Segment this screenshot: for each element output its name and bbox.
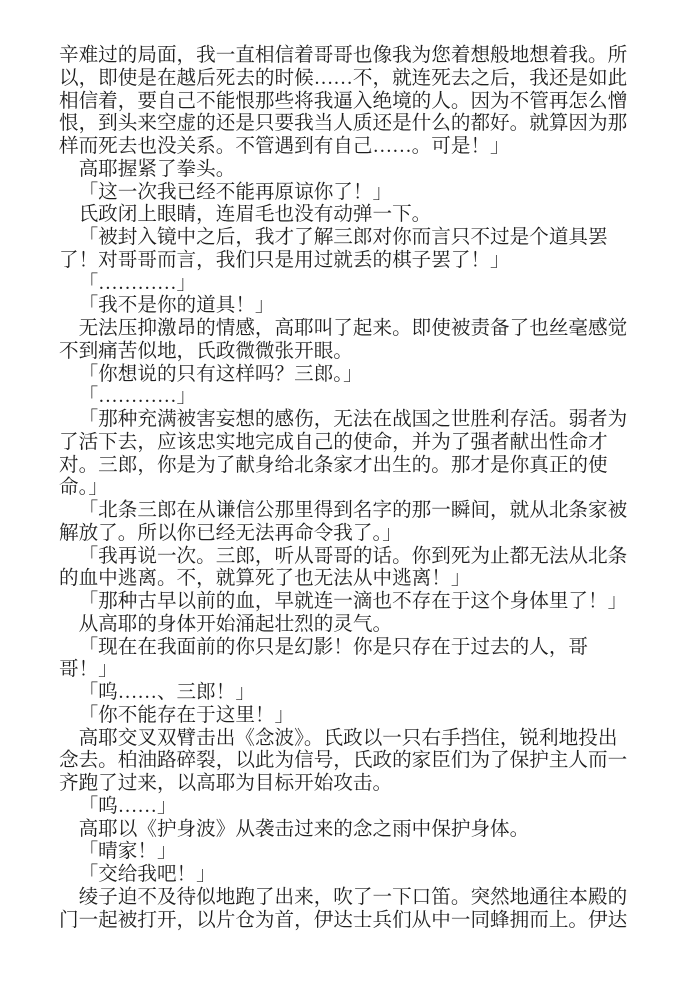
paragraph-5: 「被封入镜中之后，我才了解三郎对你而言只不过是个道具罢 了！对哥哥而言，我们只是… [59, 227, 641, 273]
paragraph-12: 「北条三郎在从谦信公那里得到名字的那一瞬间，就从北条家被 解放了。所以你已经无法… [59, 500, 641, 546]
text-block: 辛难过的局面，我一直相信着哥哥也像我为您着想般地想着我。所 以，即使是在越后死去… [59, 45, 641, 932]
paragraph-3: 「这一次我已经不能再原谅你了！」 [59, 182, 641, 205]
paragraph-16: 「现在在我面前的你只是幻影！你是只存在于过去的人，哥 哥！」 [59, 637, 641, 683]
paragraph-8: 无法压抑激昂的情感，高耶叫了起来。即使被责备了也丝毫感觉 不到痛苦似地，氏政微微… [59, 318, 641, 364]
paragraph-10: 「…………」 [59, 386, 641, 409]
paragraph-23: 「交给我吧！」 [59, 864, 641, 887]
paragraph-24: 绫子迫不及待似地跑了出来，吹了一下口笛。突然地通往本殿的 门一起被打开，以片仓为… [59, 887, 641, 933]
paragraph-18: 「你不能存在于这里！」 [59, 705, 641, 728]
paragraph-19: 高耶交叉双臂击出《念波》。氏政以一只右手挡住，锐利地投出 念去。柏油路碎裂，以此… [59, 728, 641, 796]
paragraph-4: 氏政闭上眼睛，连眉毛也没有动弹一下。 [59, 204, 641, 227]
novel-page: 辛难过的局面，我一直相信着哥哥也像我为您着想般地想着我。所 以，即使是在越后死去… [0, 0, 700, 993]
paragraph-2: 高耶握紧了拳头。 [59, 159, 641, 182]
paragraph-6: 「…………」 [59, 273, 641, 296]
paragraph-13: 「我再说一次。三郎，听从哥哥的话。你到死为止都无法从北条 的血中逃离。不，就算死… [59, 546, 641, 592]
paragraph-1: 辛难过的局面，我一直相信着哥哥也像我为您着想般地想着我。所 以，即使是在越后死去… [59, 45, 641, 159]
paragraph-17: 「呜……、三郎！」 [59, 682, 641, 705]
paragraph-11: 「那种充满被害妄想的感伤，无法在战国之世胜利存活。弱者为 了活下去，应该忠实地完… [59, 409, 641, 500]
paragraph-9: 「你想说的只有这样吗？三郎。」 [59, 364, 641, 387]
paragraph-21: 高耶以《护身波》从袭击过来的念之雨中保护身体。 [59, 819, 641, 842]
paragraph-22: 「晴家！」 [59, 841, 641, 864]
paragraph-14: 「那种古早以前的血，早就连一滴也不存在于这个身体里了！」 [59, 591, 641, 614]
paragraph-15: 从高耶的身体开始涌起壮烈的灵气。 [59, 614, 641, 637]
paragraph-7: 「我不是你的道具！」 [59, 295, 641, 318]
paragraph-20: 「呜……」 [59, 796, 641, 819]
